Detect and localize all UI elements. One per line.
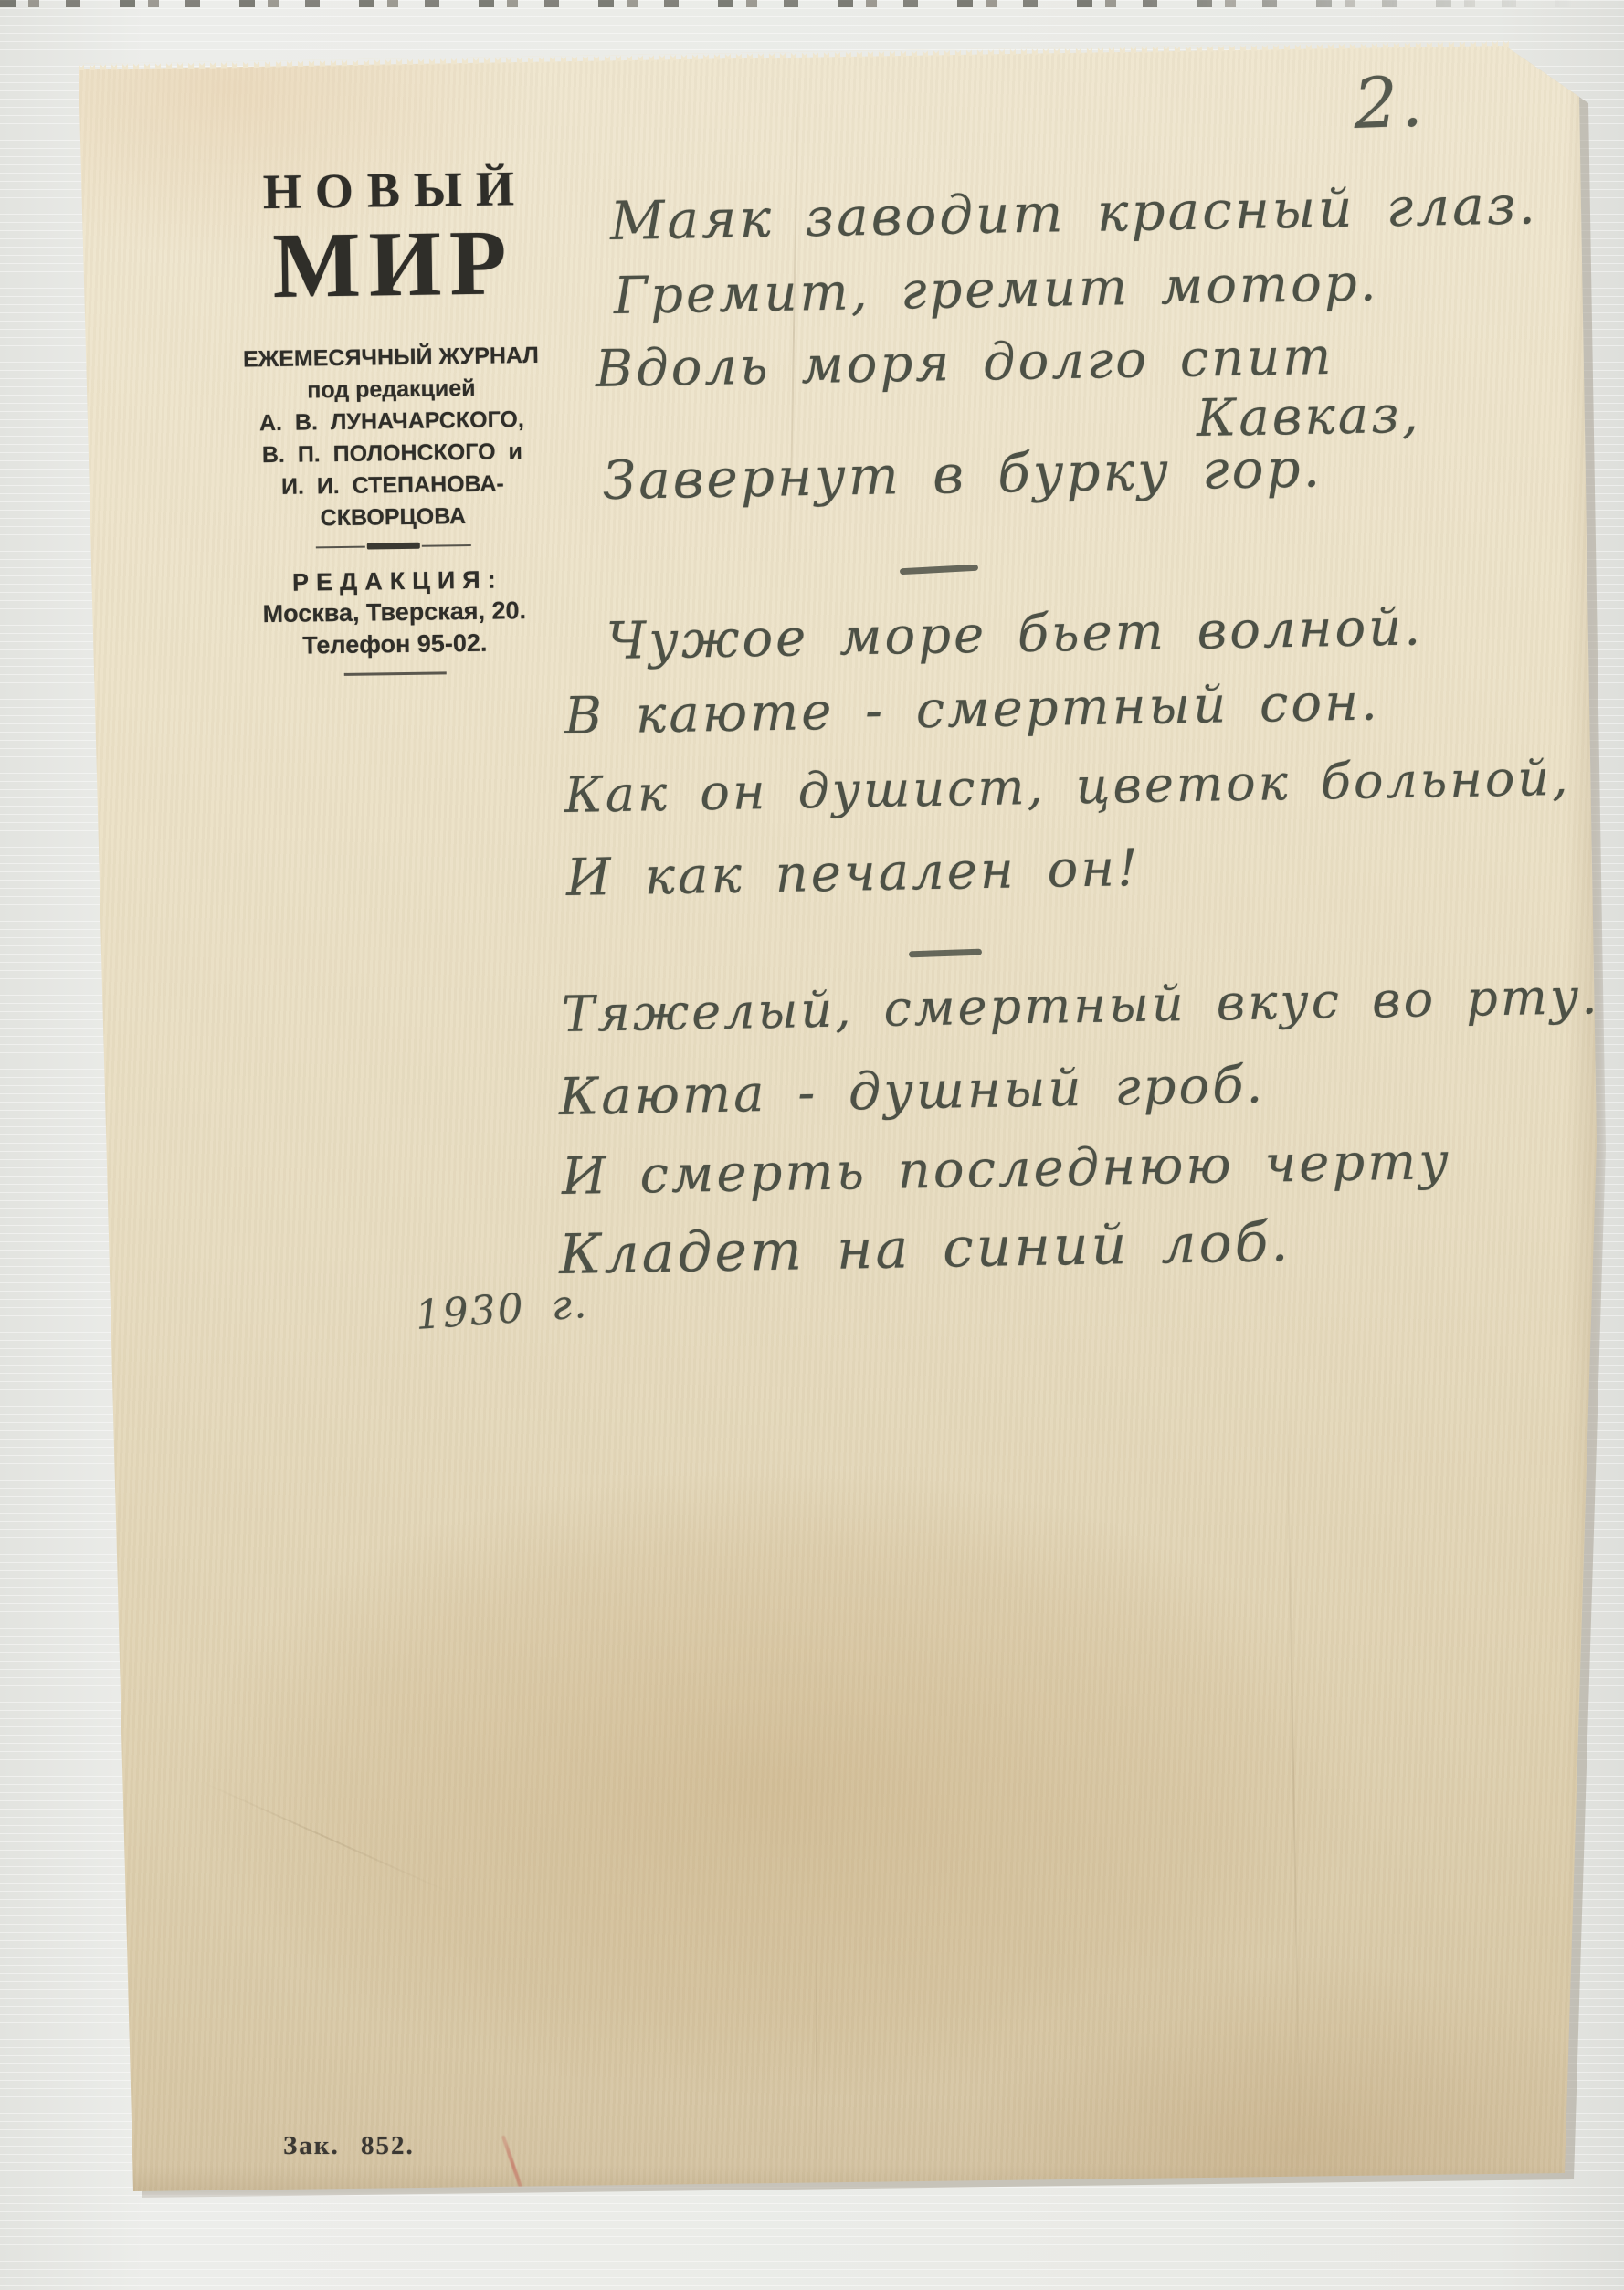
stanza-divider-dash — [900, 565, 978, 575]
handwritten-line: Чужое море бьет волной. — [606, 601, 1423, 669]
magazine-logo-line2: МИР — [206, 218, 573, 311]
letterhead-journal-line: ЕЖЕМЕСЯЧНЫЙ ЖУРНАЛ — [208, 339, 574, 376]
handwritten-line: Вдоль моря долго спит — [595, 331, 1334, 397]
letterhead-editor-name: А. В. ЛУНАЧАРСКОГО, — [209, 403, 575, 440]
letterhead-journal-line: под редакцией — [208, 371, 574, 408]
handwritten-line: И как печален он! — [565, 842, 1141, 906]
paper-crease — [1285, 1370, 1301, 2174]
manuscript-page: 2. НОВЫЙ МИР ЕЖЕМЕСЯЧНЫЙ ЖУРНАЛ под реда… — [79, 46, 1597, 2192]
handwritten-date: 1930 г. — [414, 1283, 589, 1337]
scanner-bed: { "scan": { "page_number": "2.", "date_n… — [0, 0, 1624, 2290]
handwritten-line: Как он душист, цветок больной, — [564, 753, 1571, 822]
scanner-edge-artifact — [0, 0, 1624, 7]
handwritten-line: Завернут в бурку гор. — [602, 440, 1323, 509]
paper-crease — [200, 1780, 451, 1894]
letterhead-footer-rule — [344, 671, 447, 676]
letterhead-editor-name: В. П. ПОЛОНСКОГО и — [209, 435, 575, 472]
magazine-logo-line1: НОВЫЙ — [206, 162, 572, 218]
letterhead-redaction-label: РЕДАКЦИЯ: — [211, 563, 576, 599]
letterhead: НОВЫЙ МИР ЕЖЕМЕСЯЧНЫЙ ЖУРНАЛ под редакци… — [206, 162, 578, 678]
letterhead-phone: Телефон 95-02. — [212, 626, 577, 663]
handwritten-line: Каюта - душный гроб. — [558, 1060, 1265, 1125]
handwritten-line: Тяжелый, смертный вкус во рту. — [562, 971, 1600, 1041]
handwritten-line: И смерть последнюю черту — [561, 1135, 1451, 1205]
ornament-rule — [316, 541, 471, 551]
paper-crease — [816, 1918, 817, 2183]
stanza-divider-dash — [909, 949, 982, 958]
handwritten-line: В каюте - смертный сон. — [564, 676, 1380, 744]
handwritten-line: Гремит, гремит мотор. — [613, 257, 1378, 323]
letterhead-editor-name: И. И. СТЕПАНОВА-СКВОРЦОВА — [210, 467, 576, 536]
handwritten-line: Кладет на синий лоб. — [558, 1214, 1291, 1284]
handwritten-line: Маяк заводит красный глаз. — [609, 177, 1538, 249]
paper-crease — [788, 78, 799, 589]
print-order-code: Зак. 852. — [283, 2131, 415, 2161]
page-number: 2. — [1353, 65, 1427, 140]
letterhead-address: Москва, Тверская, 20. — [212, 594, 577, 631]
